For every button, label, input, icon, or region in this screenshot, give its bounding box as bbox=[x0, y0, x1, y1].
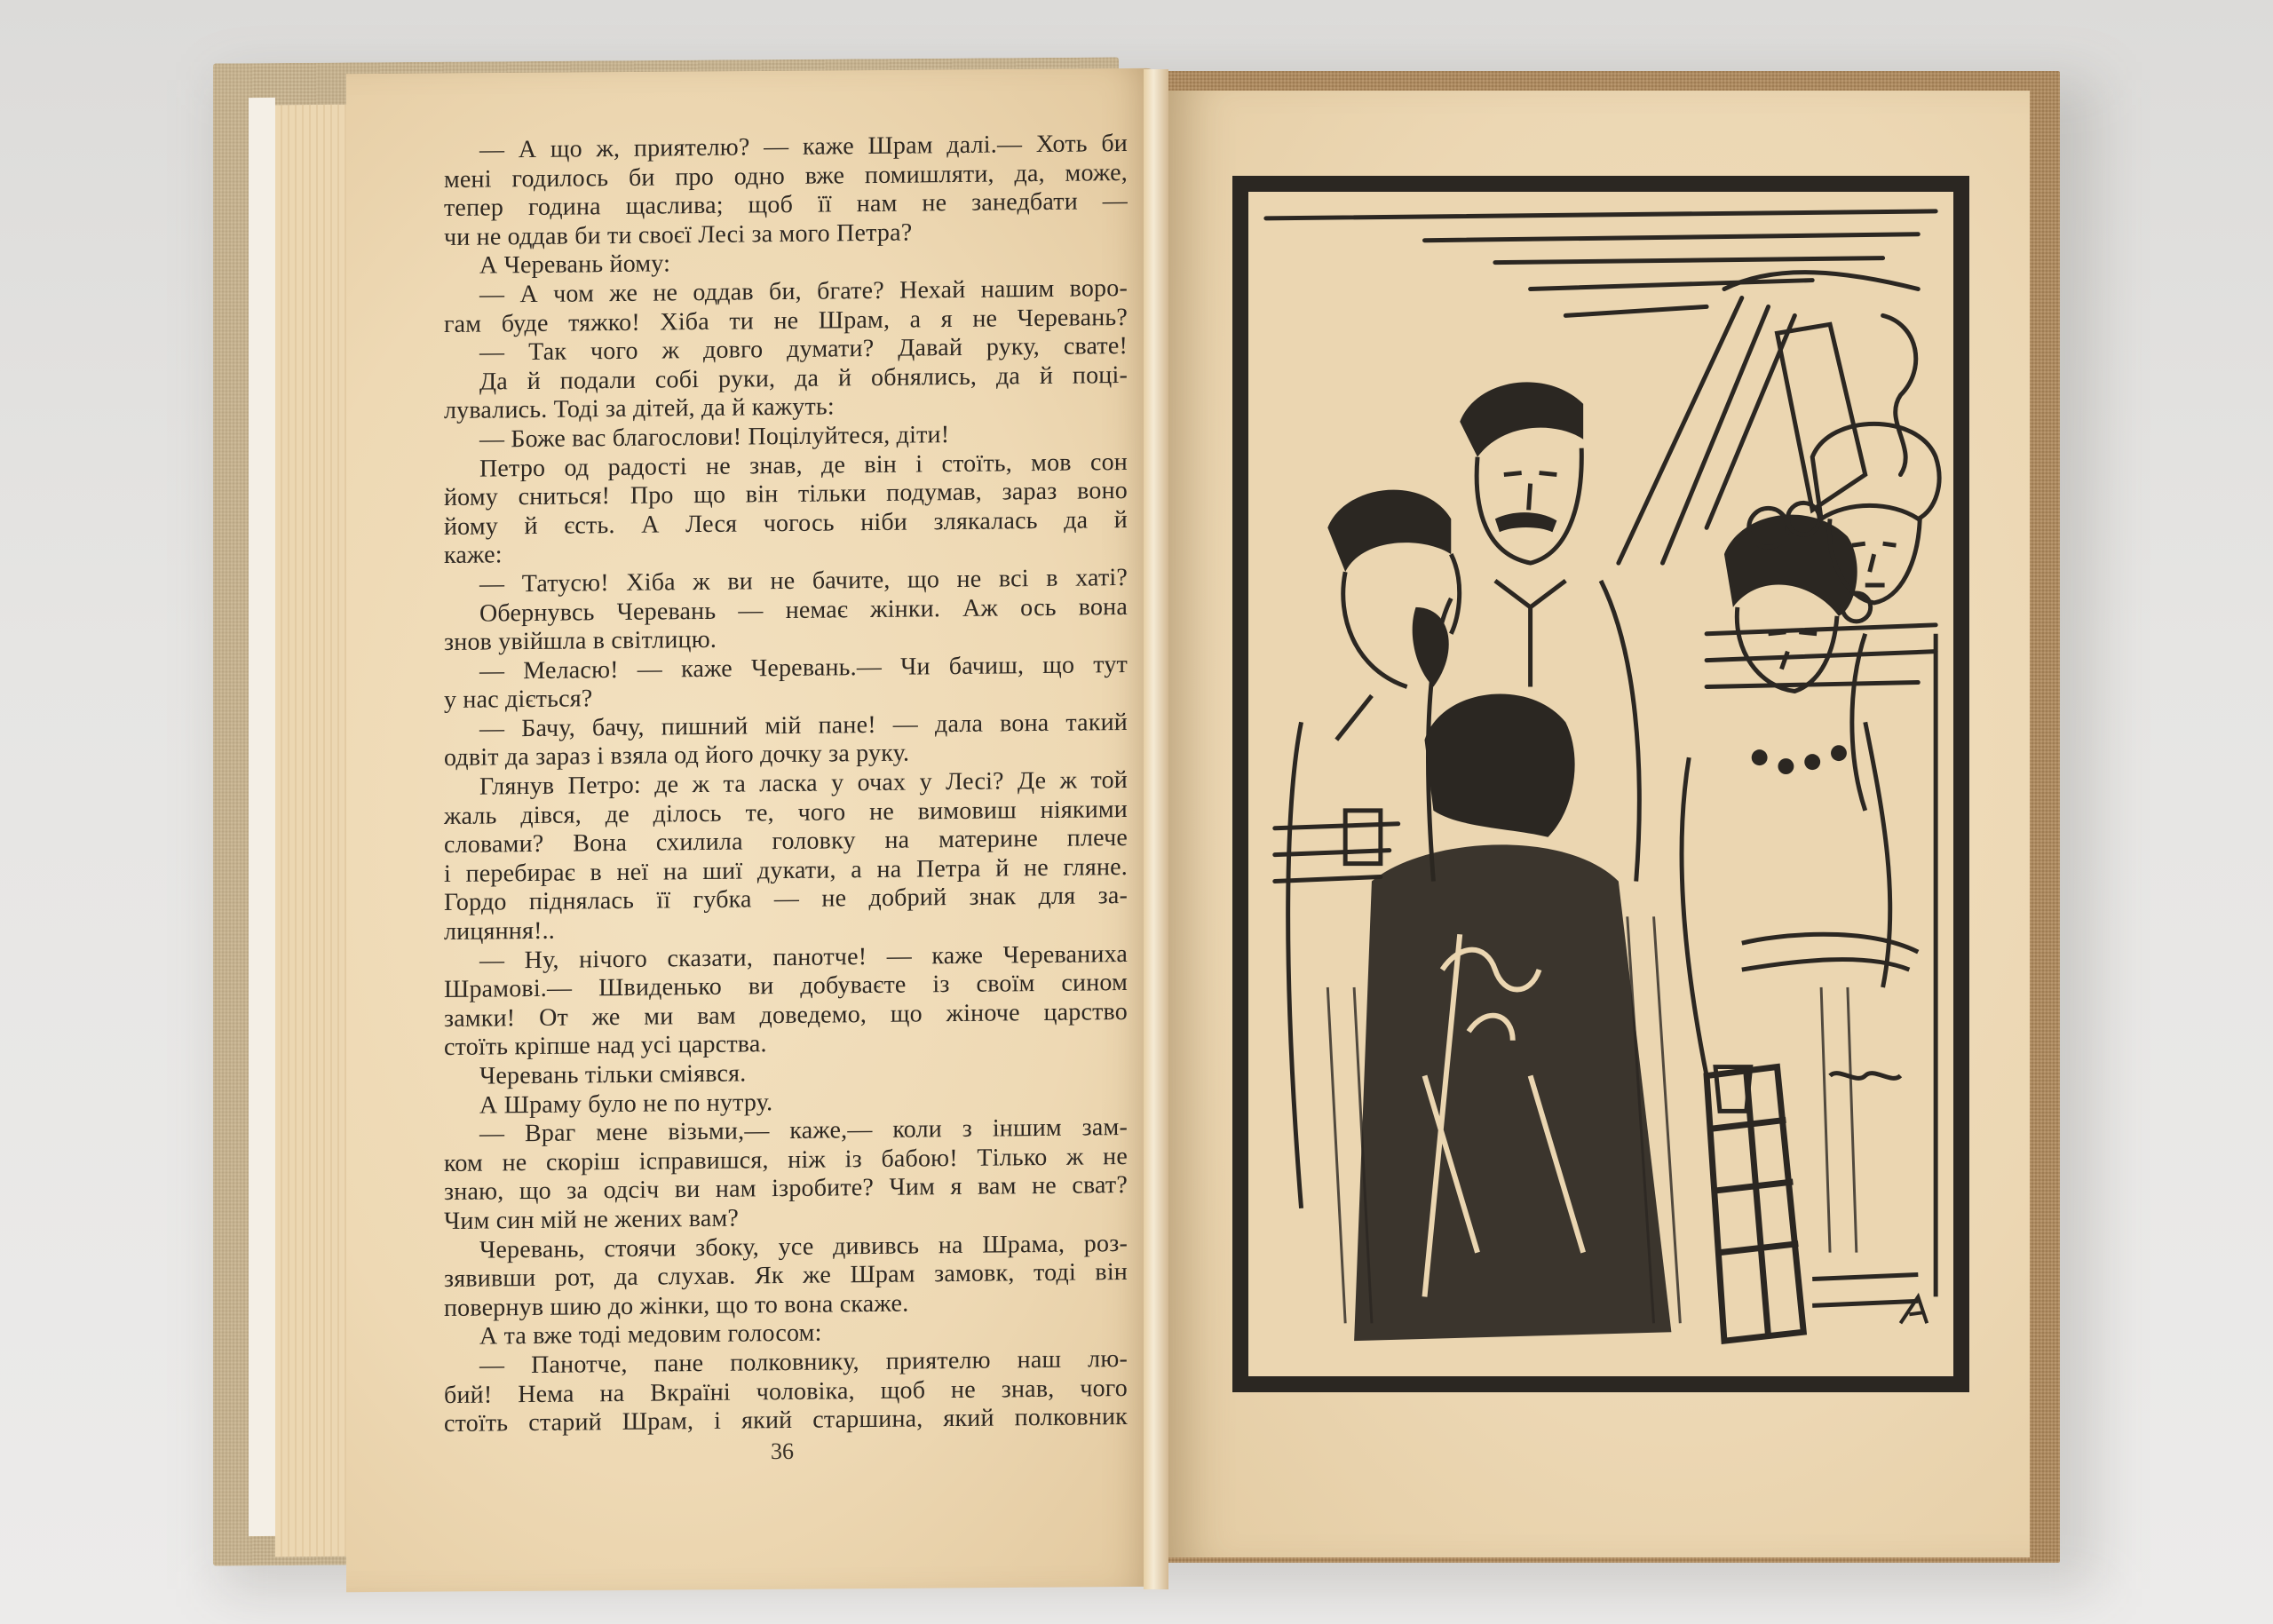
woodcut-illustration bbox=[1232, 176, 1969, 1392]
book-gutter bbox=[1144, 69, 1168, 1589]
page-number: 36 bbox=[771, 1438, 794, 1465]
left-page-text: — А що ж, приятелю? — каже Шрам далі.— Х… bbox=[444, 130, 1128, 1439]
illustration-art bbox=[1248, 192, 1953, 1376]
page-stack-edges bbox=[275, 105, 355, 1557]
endpaper-edge bbox=[249, 98, 275, 1536]
